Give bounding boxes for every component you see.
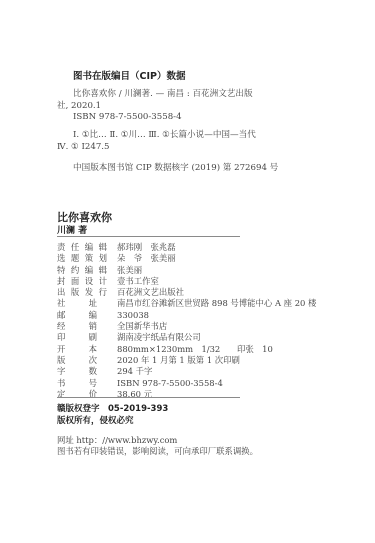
- info-row: 版次2020 年 1 月第 1 版第 1 次印刷: [57, 355, 316, 366]
- cip-line-4: Ⅰ. ①比… Ⅱ. ①川… Ⅲ. ①长篇小说—中国—当代: [73, 129, 256, 141]
- info-row: 开本880mm×1230mm 1/32 印张 10: [57, 344, 316, 355]
- copyright-rights: 版权所有，侵权必究: [57, 414, 134, 426]
- info-row: 经销全国新华书店: [57, 321, 316, 332]
- cip-line-1: 比你喜欢你 / 川澜著. — 南昌 : 百花洲文艺出版: [73, 88, 253, 100]
- cip-line-3: ISBN 978-7-5500-3558-4: [73, 111, 182, 123]
- info-row: 书号ISBN 978-7-5500-3558-4: [57, 378, 316, 389]
- divider-top: [57, 236, 240, 237]
- info-row: 特约编辑张美丽: [57, 265, 316, 276]
- info-row: 出版发行百花洲文艺出版社: [57, 287, 316, 298]
- info-row: 定价38.60 元: [57, 389, 316, 400]
- info-row: 社址南昌市红谷滩新区世贸路 898 号博能中心 A 座 20 楼: [57, 298, 316, 309]
- copyright-page: 图书在版编目（CIP）数据 比你喜欢你 / 川澜著. — 南昌 : 百花洲文艺出…: [0, 0, 375, 543]
- cip-line-6: 中国版本图书馆 CIP 数据核字 (2019) 第 272694 号: [73, 162, 278, 174]
- divider-bottom: [57, 397, 240, 398]
- printing-notice: 图书若有印装错误，影响阅读，可向承印厂联系调换。: [57, 445, 258, 457]
- info-row: 封面设计壹书工作室: [57, 276, 316, 287]
- info-row: 责任编辑郝玮刚 张兆磊: [57, 242, 316, 253]
- info-row: 邮编330038: [57, 310, 316, 321]
- copyright-registration: 赣版权登字 05-2019-393: [57, 402, 168, 414]
- book-author: 川澜 著: [57, 223, 87, 236]
- info-row: 字数294 千字: [57, 366, 316, 377]
- cip-title: 图书在版编目（CIP）数据: [73, 68, 185, 82]
- publication-info: 责任编辑郝玮刚 张兆磊 选题策划朵 爷 张美丽 特约编辑张美丽 封面设计壹书工作…: [57, 242, 316, 400]
- cip-line-5: Ⅳ. ① I247.5: [57, 141, 109, 153]
- info-row: 印刷湖南凌宇纸品有限公司: [57, 332, 316, 343]
- info-row: 选题策划朵 爷 张美丽: [57, 253, 316, 264]
